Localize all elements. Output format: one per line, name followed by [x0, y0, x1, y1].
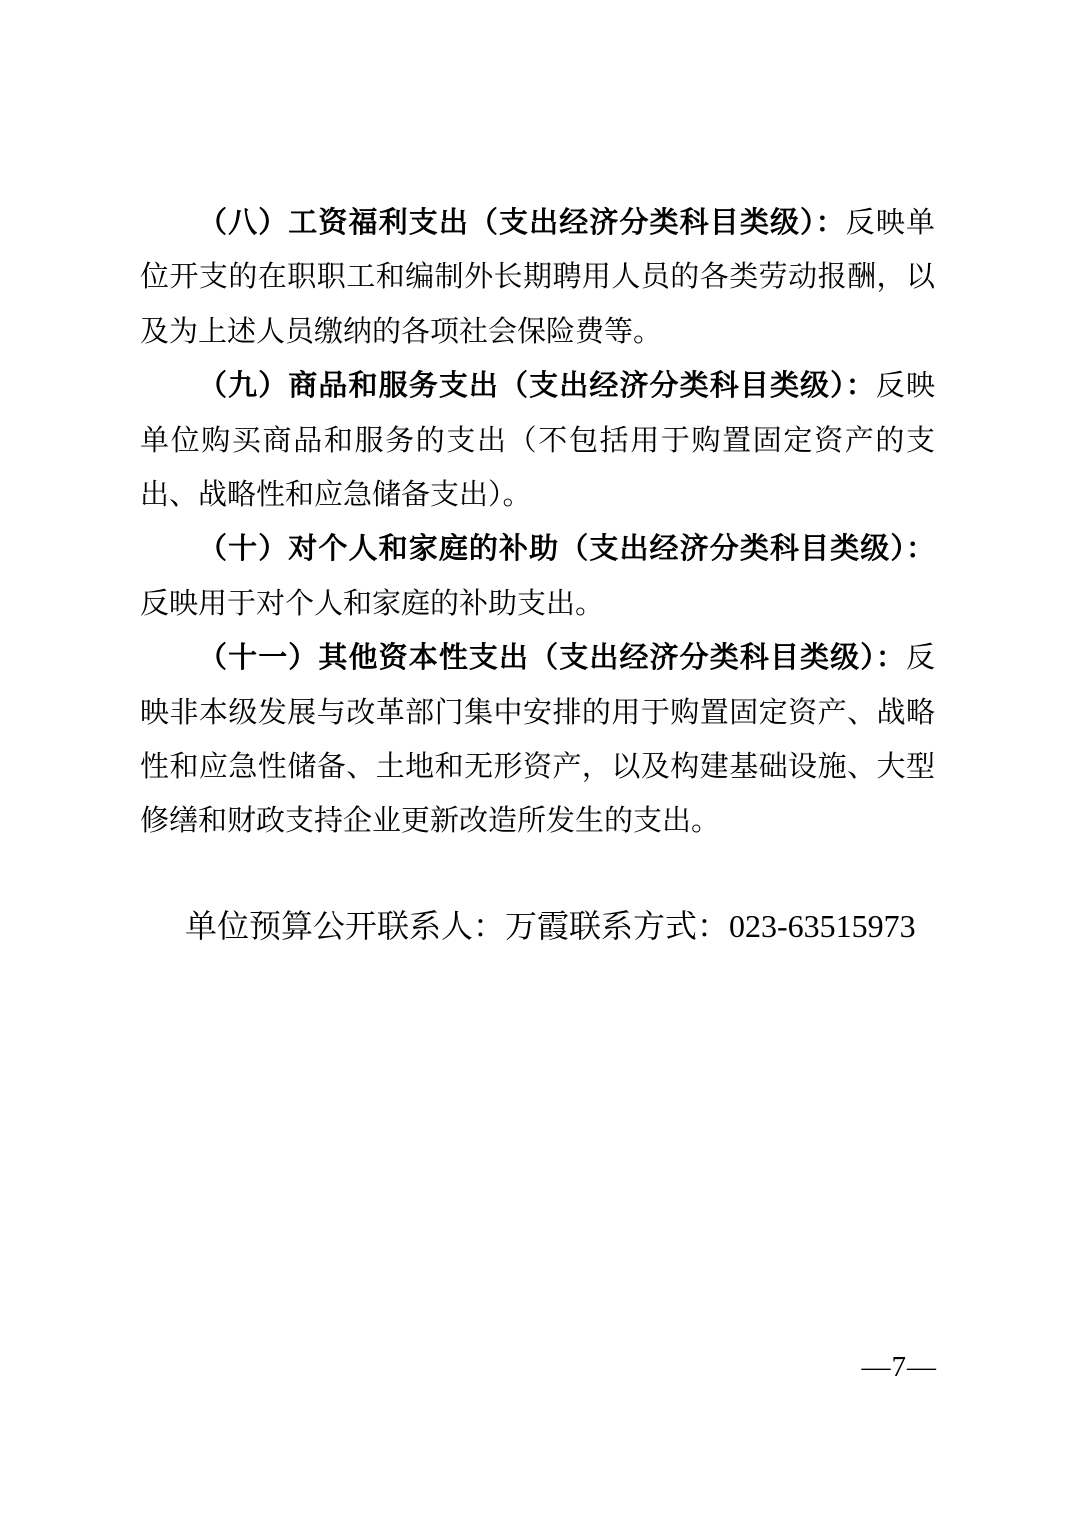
paragraph-item-9: （九）商品和服务支出（支出经济分类科目类级）：反映单位购买商品和服务的支出（不包…: [140, 359, 935, 522]
paragraph-item-8: （八）工资福利支出（支出经济分类科目类级）：反映单位开支的在职职工和编制外长期聘…: [140, 196, 935, 359]
paragraph-item-8-lead: （八）工资福利支出（支出经济分类科目类级）：: [198, 207, 846, 239]
page-number: —7—: [862, 1350, 938, 1384]
paragraph-item-11-lead: （十一）其他资本性支出（支出经济分类科目类级）：: [198, 642, 906, 674]
document-page: （八）工资福利支出（支出经济分类科目类级）：反映单位开支的在职职工和编制外长期聘…: [0, 0, 1074, 1520]
paragraph-item-10-body: 反映用于对个人和家庭的补助支出。: [140, 588, 604, 620]
paragraph-item-11: （十一）其他资本性支出（支出经济分类科目类级）：反映非本级发展与改革部门集中安排…: [140, 631, 935, 849]
paragraph-item-10: （十）对个人和家庭的补助（支出经济分类科目类级）：反映用于对个人和家庭的补助支出…: [140, 522, 935, 631]
document-body: （八）工资福利支出（支出经济分类科目类级）：反映单位开支的在职职工和编制外长期聘…: [140, 196, 935, 953]
paragraph-item-10-lead: （十）对个人和家庭的补助（支出经济分类科目类级）：: [198, 533, 935, 565]
paragraph-item-9-lead: （九）商品和服务支出（支出经济分类科目类级）：: [198, 370, 876, 402]
contact-line: 单位预算公开联系人：万霞联系方式：023-63515973: [140, 899, 935, 953]
